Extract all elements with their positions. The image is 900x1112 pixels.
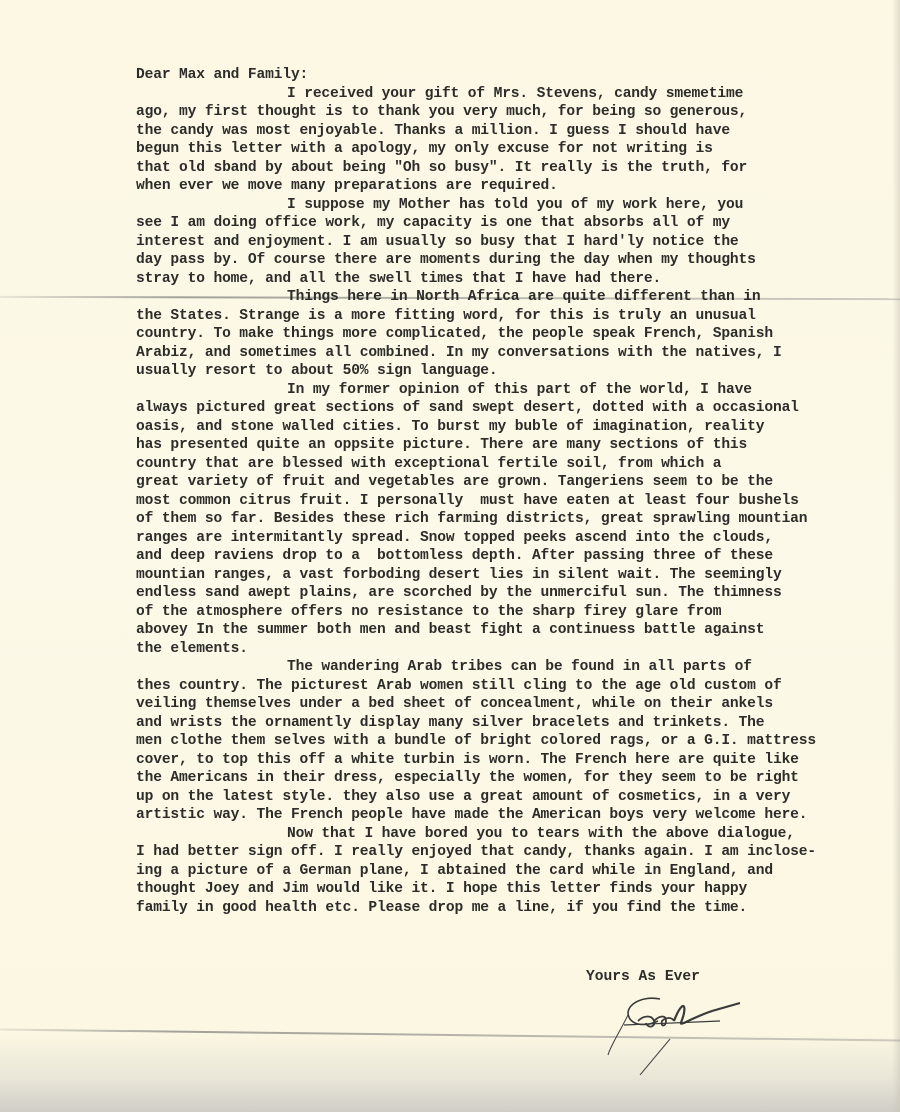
text-line: ago, my first thought is to thank you ve… [136, 103, 896, 122]
text-line: interest and enjoyment. I am usually so … [136, 233, 896, 252]
text-line: of the atmosphere offers no resistance t… [136, 603, 896, 622]
text-line: that old sband by about being "Oh so bus… [136, 159, 896, 178]
text-line: thes country. The picturest Arab women s… [136, 677, 896, 696]
text-line: country. To make things more complicated… [136, 325, 896, 344]
text-line: usually resort to about 50% sign languag… [136, 362, 896, 381]
text-line: family in good health etc. Please drop m… [136, 899, 896, 918]
letter-body: Dear Max and Family: I received your gif… [136, 66, 896, 917]
text-line: up on the latest style. they also use a … [136, 788, 896, 807]
text-line: the Americans in their dress, especially… [136, 769, 896, 788]
signature: Carl [600, 985, 780, 1075]
text-line: of them so far. Besides these rich farmi… [136, 510, 896, 529]
letter-paragraphs: I received your gift of Mrs. Stevens, ca… [136, 85, 896, 918]
text-line: the States. Strange is a more fitting wo… [136, 307, 896, 326]
salutation: Dear Max and Family: [136, 66, 896, 85]
paragraph-first-line: The wandering Arab tribes can be found i… [136, 658, 896, 677]
text-line: always pictured great sections of sand s… [136, 399, 896, 418]
text-line: ranges are intermitantly spread. Snow to… [136, 529, 896, 548]
text-line: country that are blessed with exceptiona… [136, 455, 896, 474]
text-line: and wrists the ornamently display many s… [136, 714, 896, 733]
paragraph-first-line: Things here in North Africa are quite di… [136, 288, 896, 307]
text-line: mountian ranges, a vast forboding desert… [136, 566, 896, 585]
text-line: I had better sign off. I really enjoyed … [136, 843, 896, 862]
paragraph: The wandering Arab tribes can be found i… [136, 658, 896, 825]
text-line: cover, to top this off a white turbin is… [136, 751, 896, 770]
text-line: and deep raviens drop to a bottomless de… [136, 547, 896, 566]
paragraph: Things here in North Africa are quite di… [136, 288, 896, 381]
text-line: the elements. [136, 640, 896, 659]
text-line: day pass by. Of course there are moments… [136, 251, 896, 270]
text-line: artistic way. The French people have mad… [136, 806, 896, 825]
paragraph: I suppose my Mother has told you of my w… [136, 196, 896, 289]
text-line: great variety of fruit and vegetables ar… [136, 473, 896, 492]
paragraph-first-line: I suppose my Mother has told you of my w… [136, 196, 896, 215]
paragraph-first-line: Now that I have bored you to tears with … [136, 825, 896, 844]
text-line: has presented quite an oppsite picture. … [136, 436, 896, 455]
paragraph-first-line: In my former opinion of this part of the… [136, 381, 896, 400]
text-line: abovey In the summer both men and beast … [136, 621, 896, 640]
text-line: men clothe them selves with a bundle of … [136, 732, 896, 751]
paragraph: I received your gift of Mrs. Stevens, ca… [136, 85, 896, 196]
text-line: thought Joey and Jim would like it. I ho… [136, 880, 896, 899]
text-line: begun this letter with a apology, my onl… [136, 140, 896, 159]
closing: Yours As Ever [586, 969, 700, 985]
text-line: the candy was most enjoyable. Thanks a m… [136, 122, 896, 141]
text-line: stray to home, and all the swell times t… [136, 270, 896, 289]
text-line: most common citrus fruit. I personally m… [136, 492, 896, 511]
paragraph: In my former opinion of this part of the… [136, 381, 896, 659]
text-line: when ever we move many preparations are … [136, 177, 896, 196]
text-line: Arabiz, and sometimes all combined. In m… [136, 344, 896, 363]
text-line: see I am doing office work, my capacity … [136, 214, 896, 233]
text-line: veiling themselves under a bed sheet of … [136, 695, 896, 714]
text-line: endless sand awept plains, are scorched … [136, 584, 896, 603]
paragraph-first-line: I received your gift of Mrs. Stevens, ca… [136, 85, 896, 104]
text-line: ing a picture of a German plane, I abtai… [136, 862, 896, 881]
text-line: oasis, and stone walled cities. To burst… [136, 418, 896, 437]
paragraph: Now that I have bored you to tears with … [136, 825, 896, 918]
